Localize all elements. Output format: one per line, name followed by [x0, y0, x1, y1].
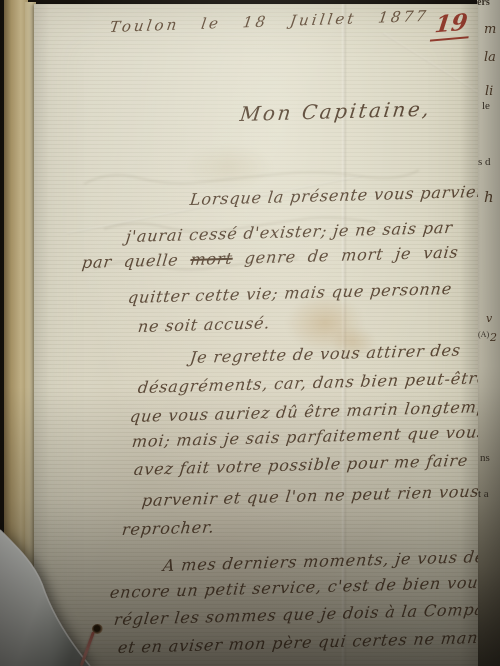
handwritten-line: A mes derniers moments, je vous demande [162, 545, 478, 575]
print-fragment: s d [478, 156, 491, 168]
salutation: Mon Capitaine, [239, 97, 433, 126]
script-fragment: h [484, 188, 494, 206]
folio-number: 19 [430, 8, 472, 41]
handwritten-line: régler les sommes que je dois à la Compa… [113, 599, 478, 629]
handwritten-line: parvenir et que l'on ne peut rien vous [141, 482, 478, 510]
handwritten-line: désagréments, car, dans bien peut-être [137, 368, 478, 397]
lifted-page-corner [0, 524, 130, 666]
print-fragment: t a [478, 488, 489, 500]
handwritten-line: ne soit accusé. [137, 313, 271, 336]
handwritten-line: encore un petit service, c'est de bien v… [109, 572, 478, 602]
struck-word: mort [189, 249, 233, 269]
script-fragment: la [484, 50, 496, 65]
printed-page-strip: ers m la li le s d h v (A) 2 ns t a [477, 0, 500, 666]
diagonal-crease [383, 32, 478, 97]
archive-photo: ers m la li le s d h v (A) 2 ns t a Toul… [0, 0, 500, 666]
script-fragment: li [485, 84, 493, 99]
handwritten-line: et en aviser mon père qui certes ne manq… [117, 627, 478, 657]
print-fragment: (A) [478, 330, 489, 339]
handwritten-line: avez fait votre possible pour me faire [133, 451, 469, 479]
handwritten-line: que vous auriez dû être marin longtemps [129, 397, 478, 426]
print-fragment: ns [480, 452, 490, 464]
print-fragment: le [482, 100, 490, 112]
script-fragment: m [484, 22, 496, 37]
page-corner-shape [0, 530, 90, 666]
line-part-before: par quelle [81, 250, 180, 272]
handwritten-line: Je regrette de vous attirer des [189, 340, 462, 367]
dateline: Toulon le 18 Juillet 1877 [109, 7, 430, 36]
script-fragment: 2 [490, 331, 497, 344]
print-fragment: ers [477, 0, 490, 8]
handwritten-line: moi; mais je sais parfaitement que vous [131, 422, 478, 451]
handwritten-line: reprocher. [121, 517, 216, 539]
script-fragment: v [486, 312, 492, 325]
